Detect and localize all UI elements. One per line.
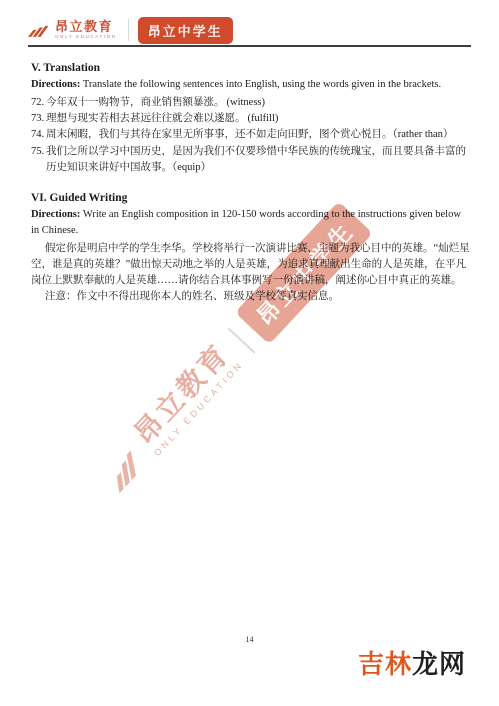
translation-item-72: 72. 今年双十一购物节，商业销售额暴涨。(witness): [31, 95, 470, 111]
exam-content: V. Translation Directions: Translate the…: [31, 60, 470, 306]
translation-directions: Directions: Translate the following sent…: [31, 77, 470, 93]
item-text: 理想与现实若相去甚远往往就会难以遂愿。(fulfill): [46, 111, 470, 127]
directions-label: Directions:: [31, 79, 80, 90]
guided-writing-directions: Directions: Write an English composition…: [31, 207, 470, 240]
item-sentence: 周末闲暇，我们与其待在家里无所事事，还不如走向田野，图个赏心悦目。: [46, 129, 393, 140]
item-number: 75.: [31, 144, 46, 177]
brand-chevron-icon: [93, 438, 152, 497]
brand-chevron-icon: [28, 18, 50, 42]
watermark-brand-text: 昂立教育 ONLY EDUCATION: [129, 338, 245, 458]
directions-text: Write an English composition in 120-150 …: [31, 209, 461, 236]
item-text: 我们之所以学习中国历史，是因为我们不仅要珍惜中华民族的传统瑰宝，而且要具备丰富的…: [46, 144, 470, 177]
translation-item-73: 73. 理想与现实若相去甚远往往就会难以遂愿。(fulfill): [31, 111, 470, 127]
brand-badge: 昂立中学生: [138, 17, 233, 44]
header-divider: [128, 19, 129, 41]
item-number: 73.: [31, 111, 46, 127]
watermark-brand-cn: 昂立教育: [129, 338, 235, 449]
item-word-hint: (fulfill): [248, 113, 279, 124]
translation-item-74: 74. 周末闲暇，我们与其待在家里无所事事，还不如走向田野，图个赏心悦目。（ra…: [31, 127, 470, 143]
directions-label: Directions:: [31, 209, 80, 220]
guided-writing-note: 注意：作文中不得出现你本人的姓名、班级及学校等真实信息。: [31, 289, 470, 305]
translation-item-75: 75. 我们之所以学习中国历史，是因为我们不仅要珍惜中华民族的传统瑰宝，而且要具…: [31, 144, 470, 177]
item-number: 74.: [31, 127, 46, 143]
document-page: 昂立教育 ONLY EDUCATION 昂立中学生 昂立教育 ONLY EDUC…: [0, 0, 499, 706]
item-word-hint: （rather than）: [393, 129, 454, 140]
brand-name-en: ONLY EDUCATION: [55, 35, 117, 40]
item-word-hint: （equip）: [172, 162, 211, 173]
page-number: 14: [0, 635, 499, 644]
section-heading-guided-writing: VI. Guided Writing: [31, 190, 470, 206]
item-sentence: 今年双十一购物节，商业销售额暴涨。: [46, 97, 225, 108]
item-text: 周末闲暇，我们与其待在家里无所事事，还不如走向田野，图个赏心悦目。（rather…: [46, 127, 470, 143]
guided-writing-prompt: 假定你是明启中学的学生李华。学校将举行一次演讲比赛，主题为我心目中的英雄。“灿烂…: [31, 241, 470, 290]
watermark-brand-en: ONLY EDUCATION: [153, 360, 246, 458]
item-sentence: 我们之所以学习中国历史，是因为我们不仅要珍惜中华民族的传统瑰宝，而且要具备丰富的…: [46, 146, 466, 173]
brand-logo: 昂立教育 ONLY EDUCATION: [28, 18, 117, 42]
directions-text: Translate the following sentences into E…: [83, 79, 441, 90]
site-logo-part1: 吉林: [358, 649, 412, 679]
item-word-hint: (witness): [227, 97, 266, 108]
item-text: 今年双十一购物节，商业销售额暴涨。(witness): [46, 95, 470, 111]
site-logo: 吉林龙网: [358, 651, 466, 677]
item-number: 72.: [31, 95, 46, 111]
watermark-divider: [227, 327, 255, 353]
page-header: 昂立教育 ONLY EDUCATION 昂立中学生: [28, 0, 471, 47]
section-heading-translation: V. Translation: [31, 60, 470, 76]
site-logo-part2: 龙网: [412, 649, 466, 679]
brand-text: 昂立教育 ONLY EDUCATION: [55, 20, 117, 40]
brand-name-cn: 昂立教育: [55, 20, 117, 33]
item-sentence: 理想与现实若相去甚远往往就会难以遂愿。: [46, 113, 246, 124]
